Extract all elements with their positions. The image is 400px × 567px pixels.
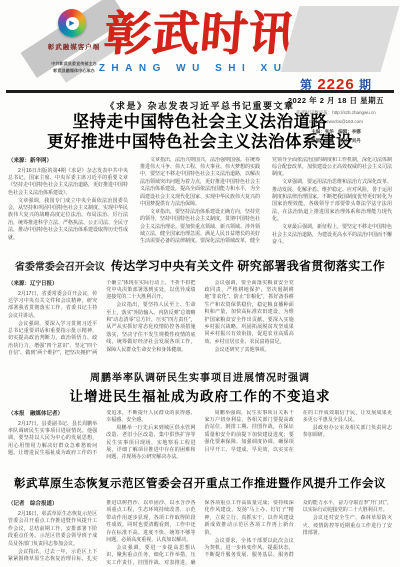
article-byline: （本报 融媒体记者） [8,410,97,418]
issue-number: 2226 [317,76,354,93]
newspaper-front-page: ▶ 彰武融媒客户端 中共彰武县委宣传部主办 彰武县融媒体中心承办 彰武时讯 ZH… [0,0,400,567]
article-body-columns: （来源：新华网） 2月16日出版的第4期《求是》杂志发表中共中央总书记、国家主席… [8,157,392,250]
masthead-header: ▶ 彰武融媒客户端 中共彰武县委宣传部主办 彰武县融媒体中心承办 彰武时讯 ZH… [0,0,400,90]
article-paragraph: 文章指出，法治兴则国兴，法治强则国强。在统筹推进伟大斗争、伟大工程、伟大事业、伟… [140,157,260,209]
article-paragraph: 会议还研究了其他事项。 [205,347,294,354]
article-paragraph: 文章强调，我国专门成立中央全面依法治国委员会，从坚持和巩固中国特色社会主义制度、… [8,198,128,242]
article-paragraph: 会议还对安全生产、森林草原防灭火、疫情防控等近期重点工作进行了安排部署。 [303,515,392,537]
article-headline: 传达学习中央有关文件 研究部署我省贯彻落实工作 [111,259,385,273]
article-grassland-demonstration-zone-meeting: 彰武草原生态恢复示范区管委会召开重点工作推进暨作风提升工作会议 （记者 综合报道… [0,475,400,567]
article-paragraph: 会议指出，要坚持人民至上、生命至上，落实“外防输入、内防反弹”总策略和“动态清零… [106,302,195,354]
article-paragraph: 周鹏举一行先后来到城区供水管网改造、老旧小区改造、集中供热扩容等民生实事项目现场… [106,425,195,462]
article-paragraph: 2月17日，省委常委会召开会议，传达学习中央有关文件和会议精神，研究部署我省贯彻… [8,291,97,321]
article-byline: （记者 综合报道） [8,500,97,508]
issue-suffix: 期 [359,78,372,92]
article-kicker: 省委常委会召开会议 [15,262,105,273]
email-address: E-mail：zwxcbs@163.com [276,119,396,125]
digital-paper-url: 彰武时讯数字报：http://szb.zhangwu.cn [276,110,396,116]
article-byline: （来源：新华网） [8,157,128,165]
article-body-columns: （本报 融媒体记者） 2月17日，县委副书记、县长周鹏举率队调研民生实事项目进展… [8,410,392,468]
article-headline: 让增进民生福祉成为政府工作的不变追求 [8,385,392,405]
article-paragraph: 会议强调，要全面落实粮食安全党政同责，严格耕地保护，坚决遏制耕地“非农化”、防止… [205,280,294,347]
article-paragraph: 2月16日出版的第4期《求是》杂志发表中共中央总书记、国家主席、中央军委主席习近… [8,168,128,198]
article-headline: 彰武草原生态恢复示范区管委会召开重点工作推进暨作风提升工作会议 [8,475,392,491]
staff-credits-line: 主编：张华 编辑：李娜 [276,129,396,135]
play-icon: ▶ [66,17,79,30]
article-byline: （来源：辽宁日报） [8,280,97,288]
article-paragraph: 文章强调，要运用法治思维和法治方式深化改革、推动发展、化解矛盾、维护稳定、应对风… [272,179,392,223]
publication-date: 2022 年 2 月 18 日 星期五 [276,95,396,106]
article-paragraph: 2月16日，彰武草原生态恢复示范区管委会召开重点工作推进暨作风提升工作会议，总结… [8,511,97,548]
article-kicker: 周鹏举率队调研民生实事项目进展情况时强调 [8,369,392,384]
article-body-columns: （记者 综合报道） 2月16日，彰武草原生态恢复示范区管委会召开重点工作推进暨作… [8,500,392,567]
article-paragraph: 文章最后强调，新征程上，要坚定不移走中国特色社会主义法治道路，为建设更高水平的法… [272,224,392,246]
article-livelihood-projects-inspection: 周鹏举率队调研民生实事项目进展情况时强调 让增进民生福祉成为政府工作的不变追求 … [0,369,400,468]
article-provincial-committee-meeting: 省委常委会召开会议传达学习中央有关文件 研究部署我省贯彻落实工作 （来源：辽宁日… [0,257,400,362]
issue-gray-background [281,6,400,72]
article-headline-row: 省委常委会召开会议传达学习中央有关文件 研究部署我省贯彻落实工作 [8,257,392,275]
media-app-logo-icon: ▶ [58,9,86,37]
issue-info-block: 第 2226 期 2022 年 2 月 18 日 星期五 彰武时讯数字报：htt… [276,10,396,144]
staff-credits-line: 组版：王磊 校对：刘丹 [276,138,396,144]
article-body-columns: （来源：辽宁日报） 2月17日，省委常委会召开会议，传达学习中央有关文件和会议精… [8,280,392,362]
article-paragraph: 县政府办公室及相关部门负责同志参加调研。 [303,425,392,440]
issue-number-line: 第 2226 期 [276,76,396,93]
issue-prefix: 第 [300,78,313,92]
